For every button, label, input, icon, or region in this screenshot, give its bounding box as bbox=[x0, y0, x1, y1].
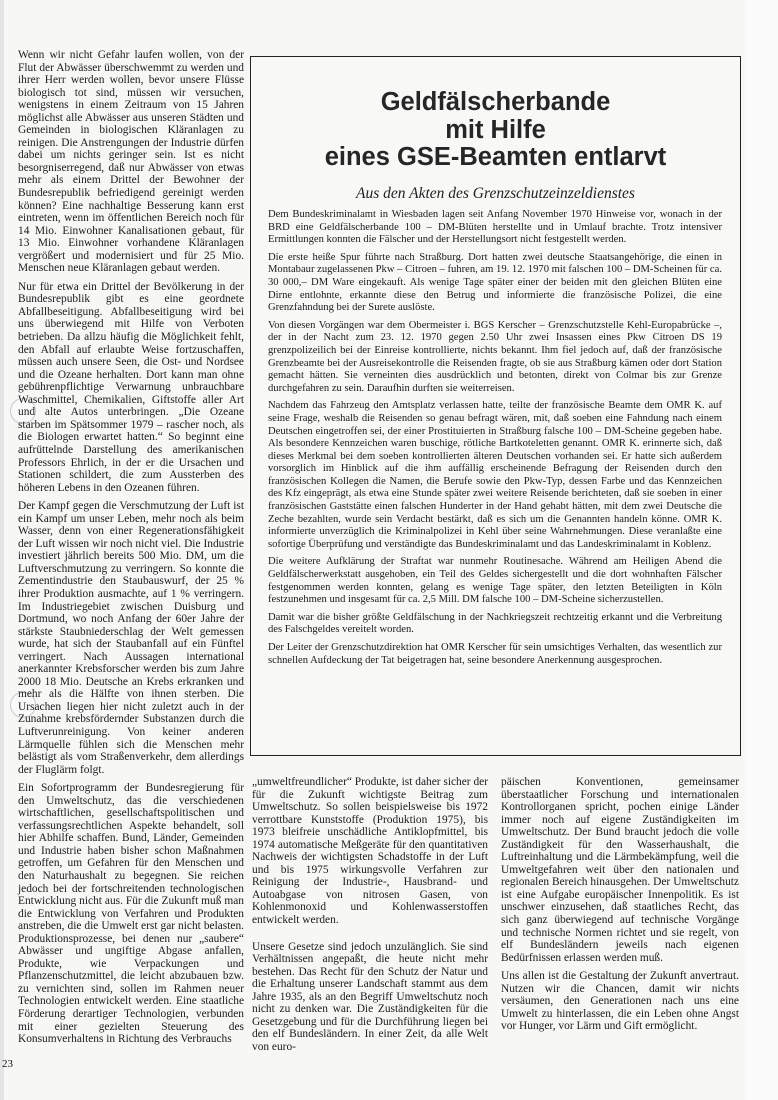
paragraph: „umweltfreundlicher“ Produkte, ist daher… bbox=[252, 776, 488, 927]
article-headline: Geldfälscherbande mit Hilfe eines GSE-Be… bbox=[251, 89, 740, 172]
left-text-column: Wenn wir nicht Gefahr laufen wollen, von… bbox=[18, 49, 244, 1052]
paragraph: Die weitere Aufklärung der Straftat war … bbox=[268, 556, 722, 606]
paragraph: Wenn wir nicht Gefahr laufen wollen, von… bbox=[18, 49, 244, 275]
paragraph: Dem Bundeskriminalamt in Wiesbaden lagen… bbox=[268, 209, 722, 247]
paragraph: Uns allen ist die Gestaltung der Zukunft… bbox=[501, 970, 739, 1033]
right-text-column: päischen Konventionen, gemeinsamer übers… bbox=[501, 776, 739, 1039]
paragraph: Von diesen Vorgängen war dem Obermeister… bbox=[268, 320, 722, 396]
paragraph: Nachdem das Fahrzeug den Amtsplatz verla… bbox=[268, 400, 722, 551]
paragraph: Die erste heiße Spur führte nach Straßbu… bbox=[268, 252, 722, 315]
article-body: Dem Bundeskriminalamt in Wiesbaden lagen… bbox=[268, 209, 722, 672]
paragraph: Nur für etwa ein Drittel der Bevölkerung… bbox=[18, 281, 244, 494]
article-subtitle: Aus den Akten des Grenzschutzeinzeldiens… bbox=[251, 185, 740, 203]
headline-line: Geldfälscherbande bbox=[251, 89, 740, 117]
page-right-margin bbox=[746, 0, 778, 1100]
boxed-article: Geldfälscherbande mit Hilfe eines GSE-Be… bbox=[250, 56, 741, 756]
headline-line: eines GSE-Beamten entlarvt bbox=[251, 144, 740, 172]
paragraph: päischen Konventionen, gemeinsamer übers… bbox=[501, 776, 739, 964]
paragraph: Der Kampf gegen die Verschmutzung der Lu… bbox=[18, 500, 244, 776]
paragraph: Ein Sofortprogramm der Bundesregierung f… bbox=[18, 782, 244, 1045]
middle-text-column: „umweltfreundlicher“ Produkte, ist daher… bbox=[252, 776, 488, 1059]
paragraph: Damit war die bisher größte Geldfälschun… bbox=[268, 612, 722, 637]
paragraph: Der Leiter der Grenzschutzdirektion hat … bbox=[268, 642, 722, 667]
page-number: 23 bbox=[2, 1058, 13, 1070]
paragraph: Unsere Gesetze sind jedoch unzulänglich.… bbox=[252, 941, 488, 1054]
headline-line: mit Hilfe bbox=[251, 117, 740, 145]
